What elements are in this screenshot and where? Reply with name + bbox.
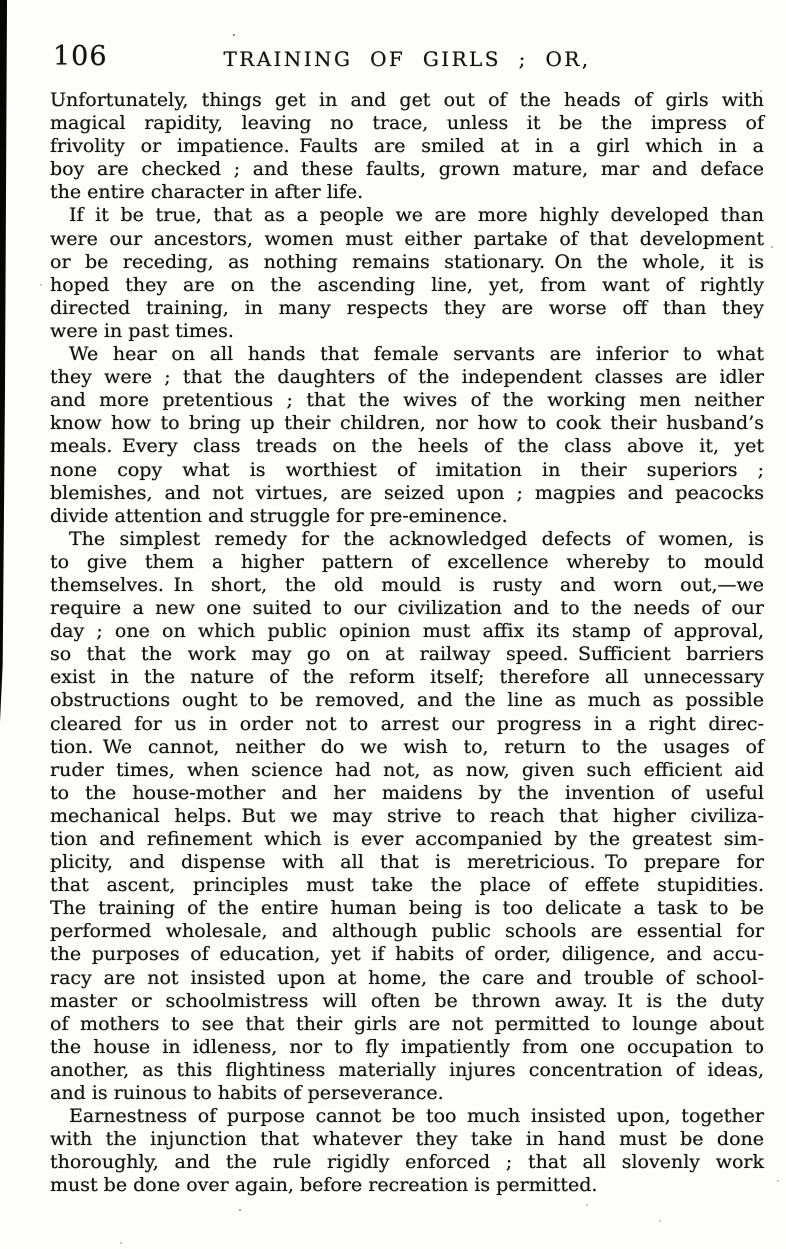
text-line: were in past times. — [50, 320, 764, 343]
text-line: directed training, in many respects they… — [50, 297, 764, 320]
text-line: they were ; that the daughters of the in… — [50, 366, 764, 389]
text-line: with the injunction that whatever they t… — [50, 1128, 764, 1151]
running-header-title: TRAINING OF GIRLS ; OR, — [50, 47, 764, 71]
scan-speckles — [0, 0, 2, 2]
text-line: The training of the entire human being i… — [50, 897, 764, 920]
text-line: frivolity or impatience. Faults are smil… — [50, 135, 764, 158]
text-body: Unfortunately, things get in and get out… — [50, 89, 764, 1198]
text-line: so that the work may go on at railway sp… — [50, 643, 764, 666]
text-line: plicity, and dispense with all that is m… — [50, 851, 764, 874]
text-line: We hear on all hands that female servant… — [50, 343, 764, 366]
text-line: and more pretentious ; that the wives of… — [50, 389, 764, 412]
text-line: Unfortunately, things get in and get out… — [50, 89, 764, 112]
paragraph: Unfortunately, things get in and get out… — [50, 89, 764, 204]
text-line: require a new one suited to our civiliza… — [50, 597, 764, 620]
text-line: obstructions ought to be removed, and th… — [50, 689, 764, 712]
text-line: to give them a higher pattern of excelle… — [50, 551, 764, 574]
paragraph: We hear on all hands that female servant… — [50, 343, 764, 528]
text-line: must be done over again, before recreati… — [50, 1174, 764, 1197]
text-line: meals. Every class treads on the heels o… — [50, 435, 764, 458]
text-line: divide attention and struggle for pre-em… — [50, 505, 764, 528]
text-line: boy are checked ; and these faults, grow… — [50, 158, 764, 181]
text-line: the house in idleness, nor to fly impati… — [50, 1036, 764, 1059]
text-line: of mothers to see that their girls are n… — [50, 1013, 764, 1036]
scan-binding-edge — [0, 0, 9, 722]
text-line: The simplest remedy for the acknowledged… — [50, 528, 764, 551]
book-page-scan: 106 TRAINING OF GIRLS ; OR, Unfortunatel… — [0, 0, 786, 1249]
page-header: 106 TRAINING OF GIRLS ; OR, — [50, 46, 764, 76]
text-line: or be receding, as nothing remains stati… — [50, 251, 764, 274]
text-line: another, as this flightiness materially … — [50, 1059, 764, 1082]
text-line: hoped they are on the ascending line, ye… — [50, 274, 764, 297]
text-line: were our ancestors, women must either pa… — [50, 228, 764, 251]
text-line: racy are not insisted upon at home, the … — [50, 967, 764, 990]
text-line: master or schoolmistress will often be t… — [50, 990, 764, 1013]
text-line: ruder times, when science had not, as no… — [50, 759, 764, 782]
text-line: Earnestness of purpose cannot be too muc… — [50, 1105, 764, 1128]
text-line: the purposes of education, yet if habits… — [50, 943, 764, 966]
text-line: know how to bring up their children, nor… — [50, 412, 764, 435]
paragraph: If it be true, that as a people we are m… — [50, 204, 764, 343]
text-line: day ; one on which public opinion must a… — [50, 620, 764, 643]
text-line: tion. We cannot, neither do we wish to, … — [50, 736, 764, 759]
text-line: themselves. In short, the old mould is r… — [50, 574, 764, 597]
text-line: mechanical helps. But we may strive to r… — [50, 805, 764, 828]
text-line: tion and refinement which is ever accomp… — [50, 828, 764, 851]
text-line: and is ruinous to habits of perseverance… — [50, 1082, 764, 1105]
text-line: none copy what is worthiest of imitation… — [50, 459, 764, 482]
text-line: to the house-mother and her maidens by t… — [50, 782, 764, 805]
text-line: that ascent, principles must take the pl… — [50, 874, 764, 897]
text-line: magical rapidity, leaving no trace, unle… — [50, 112, 764, 135]
text-line: thoroughly, and the rule rigidly enforce… — [50, 1151, 764, 1174]
text-line: blemishes, and not virtues, are seized u… — [50, 482, 764, 505]
text-line: If it be true, that as a people we are m… — [50, 204, 764, 227]
paragraph: The simplest remedy for the acknowledged… — [50, 528, 764, 1105]
text-line: cleared for us in order not to arrest ou… — [50, 713, 764, 736]
text-line: exist in the nature of the reform itself… — [50, 666, 764, 689]
text-line: the entire character in after life. — [50, 181, 764, 204]
text-line: performed wholesale, and although public… — [50, 920, 764, 943]
paragraph: Earnestness of purpose cannot be too muc… — [50, 1105, 764, 1197]
